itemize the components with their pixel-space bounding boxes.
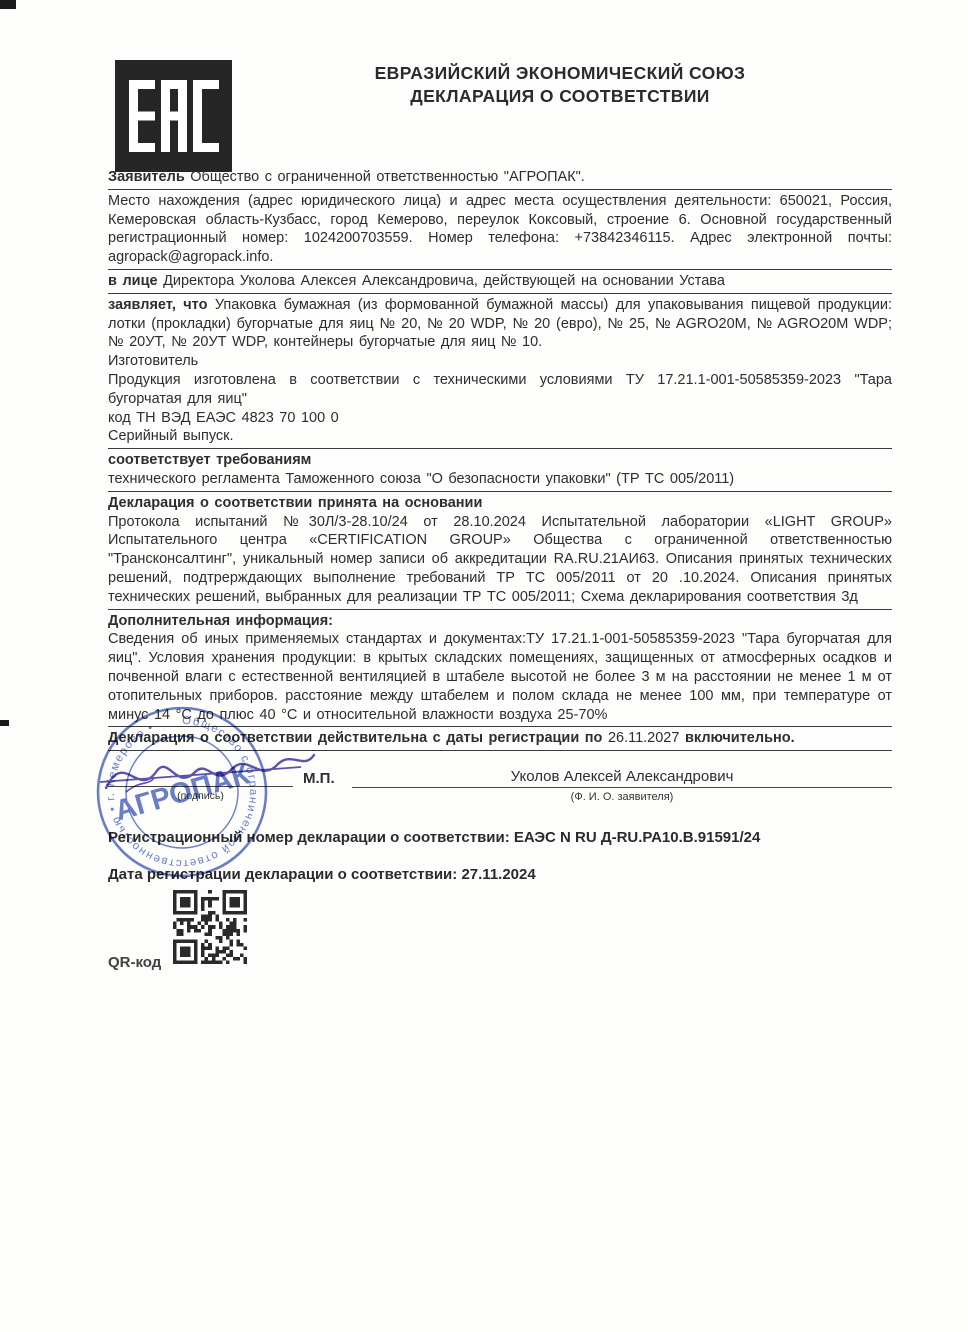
- section-divider: [108, 491, 892, 492]
- complies-text: технического регламента Таможенного союз…: [108, 470, 892, 489]
- declares-paragraph: заявляет, что Упаковка бумажная (из форм…: [108, 296, 892, 352]
- declaration-document-page: ЕВРАЗИЙСКИЙ ЭКОНОМИЧЕСКИЙ СОЮЗ ДЕКЛАРАЦИ…: [0, 0, 968, 1332]
- registration-number-value: ЕАЭС N RU Д-RU.РА10.В.91591/24: [514, 829, 760, 846]
- document-body: Заявитель Общество с ограниченной ответс…: [108, 168, 892, 753]
- qr-code: [173, 890, 247, 964]
- in-person-label: в лице: [108, 273, 158, 289]
- declarant-name: Уколов Алексей Александрович: [352, 768, 892, 788]
- tn-ved-code-line: код ТН ВЭД ЕАЭС 4823 70 100 0: [108, 409, 892, 428]
- section-divider: [108, 609, 892, 610]
- validity-date: 26.11.2027: [608, 730, 680, 746]
- title-declaration-line: ДЕКЛАРАЦИЯ О СООТВЕТСТВИИ: [250, 85, 870, 108]
- declares-label: заявляет, что: [108, 297, 207, 313]
- manufacturer-label: Изготовитель: [108, 352, 892, 371]
- applicant-line: Заявитель Общество с ограниченной ответс…: [108, 168, 892, 187]
- declarant-name-block: Уколов Алексей Александрович (Ф. И. О. з…: [352, 768, 892, 803]
- basis-heading: Декларация о соответствии принята на осн…: [108, 494, 892, 513]
- declares-value: Упаковка бумажная (из формованной бумажн…: [108, 297, 892, 351]
- scan-artifact-corner: [0, 0, 16, 9]
- validity-tail: включительно.: [685, 730, 795, 746]
- section-divider: [108, 269, 892, 270]
- section-divider: [108, 293, 892, 294]
- applicant-label: Заявитель: [108, 169, 185, 185]
- title-union-line: ЕВРАЗИЙСКИЙ ЭКОНОМИЧЕСКИЙ СОЮЗ: [250, 62, 870, 85]
- qr-code-label: QR-код: [108, 954, 161, 971]
- registration-date-value: 27.11.2024: [461, 866, 535, 883]
- applicant-value: Общество с ограниченной ответственностью…: [190, 169, 585, 185]
- additional-info-heading: Дополнительная информация:: [108, 612, 892, 631]
- signature-ink: [96, 742, 321, 808]
- made-in-accordance-paragraph: Продукция изготовлена в соответствии с т…: [108, 371, 892, 409]
- complies-heading: соответствует требованиям: [108, 451, 892, 470]
- in-person-line: в лице Директора Уколова Алексея Алексан…: [108, 272, 892, 291]
- section-divider: [108, 448, 892, 449]
- in-person-value: Директора Уколова Алексея Александровича…: [163, 273, 725, 289]
- section-divider: [108, 189, 892, 190]
- document-title: ЕВРАЗИЙСКИЙ ЭКОНОМИЧЕСКИЙ СОЮЗ ДЕКЛАРАЦИ…: [250, 62, 870, 108]
- basis-paragraph: Протокола испытаний №30Л/3-28.10/24 от 2…: [108, 513, 892, 607]
- eac-logo: [115, 60, 232, 172]
- scan-artifact-edge: [0, 720, 9, 726]
- declarant-name-caption: (Ф. И. О. заявителя): [352, 788, 892, 803]
- serial-release-line: Серийный выпуск.: [108, 427, 892, 446]
- address-paragraph: Место нахождения (адрес юридического лиц…: [108, 192, 892, 267]
